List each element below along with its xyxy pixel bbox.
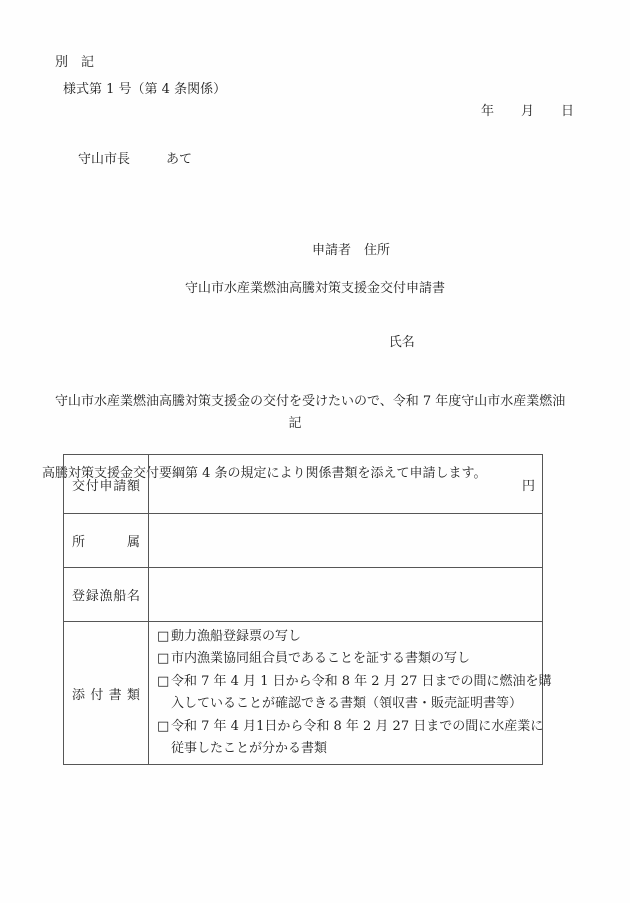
applicant-address-label: 住所 [364,239,390,262]
doc-note: 別 記 [55,51,94,70]
belong-value-cell [149,514,543,568]
form-number: 様式第 1 号（第 4 条関係） [63,78,226,97]
application-table: 交付申請額 円 所属 登録漁船名 添付書類 □動力漁船登録票の写し [63,454,543,765]
attachments-list: □動力漁船登録票の写し □市内漁業協同組合員であることを証する書類の写し □令和… [149,622,543,765]
document-page: 別 記 様式第 1 号（第 4 条関係） 年 月 日 守山市長 あて 申請者 住… [0,0,630,903]
attachment-text: 市内漁業協同組合員であることを証する書類の写し [171,648,470,670]
attachment-item-continuation: 従事したことが分かる書類 [157,738,536,760]
table-row-belong: 所属 [64,514,543,568]
addressee-name: 守山市長 [78,148,130,167]
checkbox-icon: □ [157,648,171,670]
table-row-amount: 交付申請額 円 [64,455,543,514]
addressee-line: 守山市長 あて [78,148,192,167]
body-line-1: 守山市水産業燃油高騰対策支援金の交付を受けたいので、令和 7 年度守山市水産業燃… [42,390,572,414]
belong-label: 所属 [64,514,149,568]
checkbox-icon: □ [157,716,171,738]
vessel-label: 登録漁船名 [64,568,149,622]
vessel-value-cell [149,568,543,622]
addressee-suffix: あて [166,148,192,167]
date-year-label: 年 [481,100,494,119]
attachment-text: 令和 7 年 4 月1日から令和 8 年 2 月 27 日までの間に水産業に [171,716,543,738]
attachment-item-continuation: 入していることが確認できる書類（領収書・販売証明書等） [157,693,536,715]
attachment-text: 入していることが確認できる書類（領収書・販売証明書等） [171,693,522,715]
amount-unit: 円 [522,479,535,494]
attachment-item: □市内漁業協同組合員であることを証する書類の写し [157,648,536,670]
attachment-text: 動力漁船登録票の写し [171,626,301,648]
ki-heading: 記 [42,412,548,431]
amount-value-cell: 円 [149,455,543,514]
checkbox-icon: □ [157,626,171,648]
attachment-item: □令和 7 年 4 月 1 日から令和 8 年 2 月 27 日までの間に燃油を… [157,671,536,693]
date-day-label: 日 [561,100,574,119]
applicant-label: 申請者 [312,239,351,262]
page-title: 守山市水産業燃油高騰対策支援金交付申請書 [0,277,630,296]
attachment-item: □令和 7 年 4 月1日から令和 8 年 2 月 27 日までの間に水産業に [157,716,536,738]
attachments-label: 添付書類 [64,622,149,765]
indent-spacer [157,738,171,760]
indent-spacer [157,693,171,715]
amount-label: 交付申請額 [64,455,149,514]
checkbox-icon: □ [157,671,171,693]
attachment-text: 令和 7 年 4 月 1 日から令和 8 年 2 月 27 日までの間に燃油を購 [171,671,552,693]
applicant-address-row: 申請者 住所 [312,239,415,262]
attachment-text: 従事したことが分かる書類 [171,738,327,760]
attachment-item: □動力漁船登録票の写し [157,626,536,648]
date-line: 年 月 日 [481,100,574,119]
date-month-label: 月 [521,100,534,119]
table-row-attachments: 添付書類 □動力漁船登録票の写し □市内漁業協同組合員であることを証する書類の写… [64,622,543,765]
table-row-vessel: 登録漁船名 [64,568,543,622]
